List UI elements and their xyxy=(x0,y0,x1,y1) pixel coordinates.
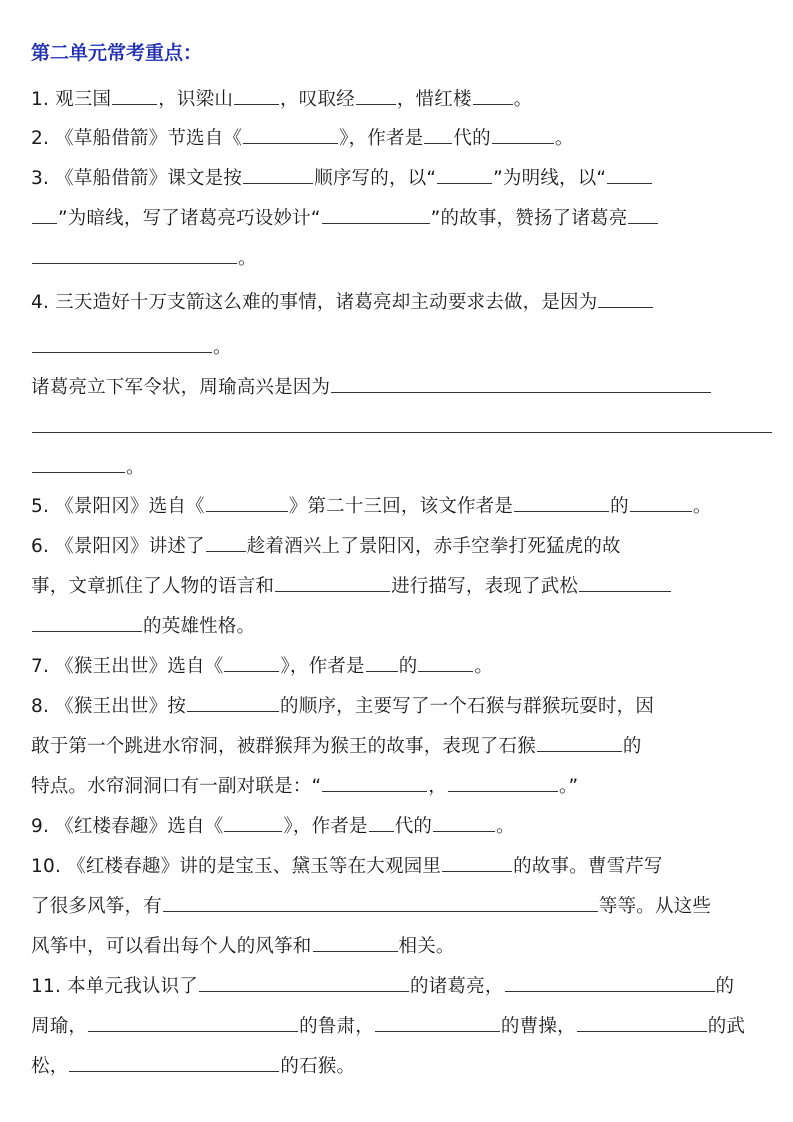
question-text: 的 xyxy=(716,976,735,997)
question-line: 了很多风筝，有等等。从这些 xyxy=(31,891,711,919)
question-text: 。 xyxy=(474,656,493,677)
answer-blank[interactable] xyxy=(32,203,57,224)
question-line: 9. 《红楼春趣》选自《》，作者是代的。 xyxy=(31,811,515,839)
question-text: 诸葛亮立下军令状，周瑜高兴是因为 xyxy=(31,377,330,398)
question-text: 。 xyxy=(514,89,533,110)
question-text: 特点。水帘洞洞口有一副对联是：“ xyxy=(31,776,321,797)
answer-blank[interactable] xyxy=(492,123,554,144)
question-line: 6. 《景阳冈》讲述了趁着酒兴上了景阳冈，赤手空拳打死猛虎的故 xyxy=(31,531,621,559)
question-text: 》，作者是 xyxy=(280,656,364,677)
question-line: 的英雄性格。 xyxy=(31,611,255,639)
question-text: 的 xyxy=(610,496,629,517)
answer-blank[interactable] xyxy=(187,691,279,712)
question-text: 2. 《草船借箭》节选自《 xyxy=(31,128,242,149)
question-line: 。 xyxy=(31,452,145,480)
question-line: ”为暗线，写了诸葛亮巧设妙计“”的故事，赞扬了诸葛亮 xyxy=(31,203,659,231)
answer-blank[interactable] xyxy=(369,811,394,832)
question-text: 敢于第一个跳进水帘洞，被群猴拜为猴王的故事，表现了石猴 xyxy=(31,736,536,757)
question-line: 3. 《草船借箭》课文是按顺序写的，以“”为明线，以“ xyxy=(31,163,653,191)
answer-blank[interactable] xyxy=(418,651,473,672)
question-line: 2. 《草船借箭》节选自《》，作者是代的。 xyxy=(31,123,574,151)
question-text: 的顺序，主要写了一个石猴与群猴玩耍时，因 xyxy=(280,696,654,717)
question-text: 3. 《草船借箭》课文是按 xyxy=(31,168,242,189)
page-title: 第二单元常考重点： xyxy=(31,38,202,65)
answer-blank[interactable] xyxy=(112,84,157,105)
question-text: ，识梁山 xyxy=(158,89,233,110)
answer-blank[interactable] xyxy=(473,84,513,105)
question-text: 顺序写的，以“ xyxy=(314,168,436,189)
answer-blank[interactable] xyxy=(433,811,495,832)
answer-blank[interactable] xyxy=(437,163,492,184)
answer-blank[interactable] xyxy=(356,84,396,105)
question-line: 。 xyxy=(31,332,232,360)
question-text: ”为暗线，写了诸葛亮巧设妙计“ xyxy=(58,208,321,229)
answer-blank[interactable] xyxy=(32,332,212,353)
question-text: 风筝中，可以看出每个人的风筝和 xyxy=(31,936,312,957)
answer-blank[interactable] xyxy=(224,651,279,672)
question-line: 诸葛亮立下军令状，周瑜高兴是因为 xyxy=(31,372,712,400)
question-text: 的 xyxy=(623,736,642,757)
answer-blank[interactable] xyxy=(199,971,409,992)
answer-blank[interactable] xyxy=(163,891,598,912)
answer-blank[interactable] xyxy=(322,771,427,792)
question-text: 。 xyxy=(693,496,712,517)
question-text: 的鲁肃， xyxy=(299,1016,374,1037)
answer-blank[interactable] xyxy=(598,287,653,308)
question-text: 的曹操， xyxy=(501,1016,576,1037)
question-text: 11. 本单元我认识了 xyxy=(31,976,198,997)
answer-blank[interactable] xyxy=(69,1051,279,1072)
question-text: 代的 xyxy=(453,128,490,149)
question-text: 8. 《猴王出世》按 xyxy=(31,696,186,717)
question-text: ”的故事，赞扬了诸葛亮 xyxy=(431,208,628,229)
answer-blank[interactable] xyxy=(243,123,338,144)
question-text: 》，作者是 xyxy=(339,128,423,149)
answer-blank[interactable] xyxy=(505,971,715,992)
answer-blank[interactable] xyxy=(322,203,430,224)
answer-blank[interactable] xyxy=(514,491,609,512)
question-text: 1. 观三国 xyxy=(31,89,111,110)
answer-blank[interactable] xyxy=(331,372,711,393)
question-line: 周瑜，的鲁肃，的曹操，的武 xyxy=(31,1011,745,1039)
question-line: 11. 本单元我认识了的诸葛亮，的 xyxy=(31,971,734,999)
question-line: 特点。水帘洞洞口有一副对联是：“，。” xyxy=(31,771,578,799)
question-text: 的武 xyxy=(708,1016,745,1037)
answer-blank[interactable] xyxy=(537,731,622,752)
question-line: 。 xyxy=(31,243,257,271)
question-text: 。 xyxy=(213,337,232,358)
question-text: 进行描写，表现了武松 xyxy=(391,576,578,597)
question-text: 了很多风筝，有 xyxy=(31,896,162,917)
answer-blank[interactable] xyxy=(630,491,692,512)
answer-blank[interactable] xyxy=(243,163,313,184)
answer-blank[interactable] xyxy=(607,163,652,184)
question-line: 10. 《红楼春趣》讲的是宝玉、黛玉等在大观园里的故事。曹雪芹写 xyxy=(31,851,663,879)
question-text: 的故事。曹雪芹写 xyxy=(513,856,663,877)
question-text: 4. 三天造好十万支箭这么难的事情，诸葛亮却主动要求去做，是因为 xyxy=(31,292,597,313)
question-line xyxy=(31,412,773,440)
question-line: 风筝中，可以看出每个人的风筝和相关。 xyxy=(31,931,455,959)
answer-blank[interactable] xyxy=(375,1011,500,1032)
question-text: 。 xyxy=(496,816,515,837)
question-text: 5. 《景阳冈》选自《 xyxy=(31,496,205,517)
answer-blank[interactable] xyxy=(32,452,125,473)
answer-blank[interactable] xyxy=(448,771,558,792)
question-text: ，叹取经 xyxy=(280,89,355,110)
question-text: 。” xyxy=(559,776,578,797)
question-text: ， xyxy=(428,776,447,797)
answer-blank[interactable] xyxy=(579,571,671,592)
question-text: 。 xyxy=(238,248,257,269)
question-text: 9. 《红楼春趣》选自《 xyxy=(31,816,223,837)
answer-blank[interactable] xyxy=(32,611,142,632)
question-text: 的石猴。 xyxy=(280,1056,355,1077)
question-line: 5. 《景阳冈》选自《》第二十三回，该文作者是的。 xyxy=(31,491,712,519)
question-line: 7. 《猴王出世》选自《》，作者是的。 xyxy=(31,651,493,679)
question-text: 等等。从这些 xyxy=(599,896,711,917)
answer-blank[interactable] xyxy=(275,571,390,592)
question-text: 。 xyxy=(126,457,145,478)
question-line: 4. 三天造好十万支箭这么难的事情，诸葛亮却主动要求去做，是因为 xyxy=(31,287,654,315)
question-text: 。 xyxy=(555,128,574,149)
question-text: 周瑜， xyxy=(31,1016,87,1037)
question-text: 代的 xyxy=(395,816,432,837)
question-line: 敢于第一个跳进水帘洞，被群猴拜为猴王的故事，表现了石猴的 xyxy=(31,731,642,759)
answer-blank[interactable] xyxy=(442,851,512,872)
question-text: 松， xyxy=(31,1056,68,1077)
question-text: ，惜红楼 xyxy=(397,89,472,110)
question-text: 10. 《红楼春趣》讲的是宝玉、黛玉等在大观园里 xyxy=(31,856,441,877)
question-text: ”为明线，以“ xyxy=(493,168,606,189)
answer-blank[interactable] xyxy=(32,243,237,264)
answer-blank[interactable] xyxy=(628,203,658,224)
question-text: 》第二十三回，该文作者是 xyxy=(289,496,513,517)
question-text: 相关。 xyxy=(399,936,455,957)
answer-blank[interactable] xyxy=(577,1011,707,1032)
answer-blank[interactable] xyxy=(366,651,398,672)
question-text: 7. 《猴王出世》选自《 xyxy=(31,656,223,677)
question-text: 》，作者是 xyxy=(283,816,367,837)
answer-blank[interactable] xyxy=(234,84,279,105)
answer-blank[interactable] xyxy=(424,123,452,144)
question-line: 松，的石猴。 xyxy=(31,1051,355,1079)
answer-blank[interactable] xyxy=(313,931,398,952)
question-text: 的英雄性格。 xyxy=(143,616,255,637)
question-line: 事，文章抓住了人物的语言和进行描写，表现了武松 xyxy=(31,571,672,599)
question-text: 趁着酒兴上了景阳冈，赤手空拳打死猛虎的故 xyxy=(247,536,621,557)
question-text: 6. 《景阳冈》讲述了 xyxy=(31,536,205,557)
question-text: 的 xyxy=(399,656,418,677)
answer-blank[interactable] xyxy=(206,531,246,552)
question-line: 1. 观三国，识梁山，叹取经，惜红楼。 xyxy=(31,84,532,112)
answer-blank[interactable] xyxy=(224,811,282,832)
question-text: 事，文章抓住了人物的语言和 xyxy=(31,576,274,597)
answer-blank[interactable] xyxy=(88,1011,298,1032)
answer-blank[interactable] xyxy=(206,491,288,512)
answer-blank[interactable] xyxy=(32,412,772,433)
question-line: 8. 《猴王出世》按的顺序，主要写了一个石猴与群猴玩耍时，因 xyxy=(31,691,654,719)
question-text: 的诸葛亮， xyxy=(410,976,504,997)
